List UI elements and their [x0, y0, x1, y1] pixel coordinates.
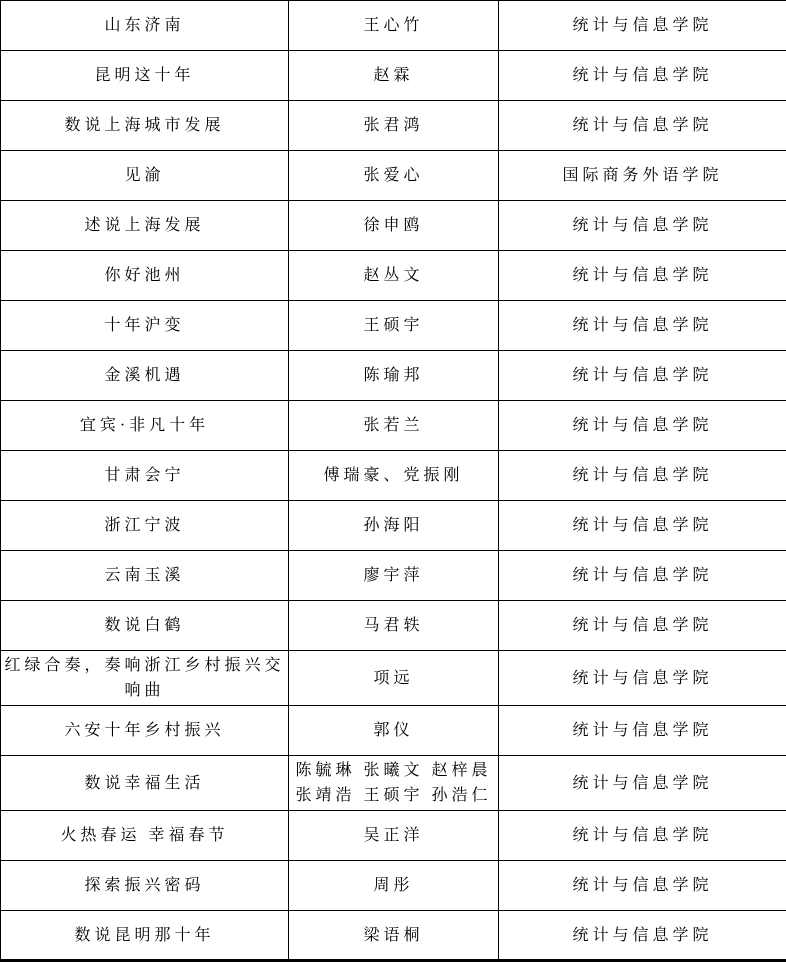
college-cell: 统计与信息学院	[499, 551, 786, 601]
project-title-cell: 述说上海发展	[1, 201, 289, 251]
college-cell: 统计与信息学院	[499, 756, 786, 811]
author-cell: 孙海阳	[289, 501, 499, 551]
awards-table-body: 山东济南王心竹统计与信息学院昆明这十年赵霖统计与信息学院数说上海城市发展张君鸿统…	[1, 1, 786, 961]
project-title-cell: 数说幸福生活	[1, 756, 289, 811]
project-title-cell: 十年沪变	[1, 301, 289, 351]
table-row: 山东济南王心竹统计与信息学院	[1, 1, 786, 51]
author-cell: 郭仪	[289, 706, 499, 756]
table-row: 六安十年乡村振兴郭仪统计与信息学院	[1, 706, 786, 756]
author-cell: 吴正洋	[289, 811, 499, 861]
college-cell: 统计与信息学院	[499, 251, 786, 301]
project-title-cell: 红绿合奏，奏响浙江乡村振兴交响曲	[1, 651, 289, 706]
project-title-cell: 六安十年乡村振兴	[1, 706, 289, 756]
document-page: 山东济南王心竹统计与信息学院昆明这十年赵霖统计与信息学院数说上海城市发展张君鸿统…	[0, 0, 786, 951]
author-cell: 张君鸿	[289, 101, 499, 151]
college-cell: 统计与信息学院	[499, 1, 786, 51]
project-title-cell: 你好池州	[1, 251, 289, 301]
project-title-cell: 甘肃会宁	[1, 451, 289, 501]
project-title-cell: 数说昆明那十年	[1, 911, 289, 961]
college-cell: 统计与信息学院	[499, 811, 786, 861]
college-cell: 统计与信息学院	[499, 601, 786, 651]
table-row: 数说幸福生活陈毓琳 张曦文 赵梓晨 张靖浩 王硕宇 孙浩仁统计与信息学院	[1, 756, 786, 811]
author-cell: 张若兰	[289, 401, 499, 451]
table-row: 见渝张爱心国际商务外语学院	[1, 151, 786, 201]
table-row: 甘肃会宁傅瑞豪、党振刚统计与信息学院	[1, 451, 786, 501]
project-title-cell: 宜宾·非凡十年	[1, 401, 289, 451]
project-title-cell: 金溪机遇	[1, 351, 289, 401]
college-cell: 统计与信息学院	[499, 301, 786, 351]
project-title-cell: 见渝	[1, 151, 289, 201]
college-cell: 统计与信息学院	[499, 201, 786, 251]
project-title-cell: 浙江宁波	[1, 501, 289, 551]
author-cell: 徐申鸥	[289, 201, 499, 251]
table-row: 宜宾·非凡十年张若兰统计与信息学院	[1, 401, 786, 451]
college-cell: 国际商务外语学院	[499, 151, 786, 201]
table-row: 数说白鹤马君轶统计与信息学院	[1, 601, 786, 651]
table-row: 红绿合奏，奏响浙江乡村振兴交响曲项远统计与信息学院	[1, 651, 786, 706]
author-cell: 赵丛文	[289, 251, 499, 301]
college-cell: 统计与信息学院	[499, 706, 786, 756]
college-cell: 统计与信息学院	[499, 51, 786, 101]
college-cell: 统计与信息学院	[499, 101, 786, 151]
author-cell: 马君轶	[289, 601, 499, 651]
project-title-cell: 昆明这十年	[1, 51, 289, 101]
author-cell: 傅瑞豪、党振刚	[289, 451, 499, 501]
author-cell: 王硕宇	[289, 301, 499, 351]
table-row: 探索振兴密码周彤统计与信息学院	[1, 861, 786, 911]
table-row: 浙江宁波孙海阳统计与信息学院	[1, 501, 786, 551]
table-row: 火热春运 幸福春节吴正洋统计与信息学院	[1, 811, 786, 861]
table-row: 数说上海城市发展张君鸿统计与信息学院	[1, 101, 786, 151]
project-title-cell: 山东济南	[1, 1, 289, 51]
author-cell: 王心竹	[289, 1, 499, 51]
author-cell: 周彤	[289, 861, 499, 911]
college-cell: 统计与信息学院	[499, 351, 786, 401]
project-title-cell: 数说上海城市发展	[1, 101, 289, 151]
project-title-cell: 探索振兴密码	[1, 861, 289, 911]
table-row: 述说上海发展徐申鸥统计与信息学院	[1, 201, 786, 251]
author-cell: 廖宇萍	[289, 551, 499, 601]
table-row: 十年沪变王硕宇统计与信息学院	[1, 301, 786, 351]
author-cell: 项远	[289, 651, 499, 706]
author-cell: 张爱心	[289, 151, 499, 201]
college-cell: 统计与信息学院	[499, 401, 786, 451]
table-row: 数说昆明那十年梁语桐统计与信息学院	[1, 911, 786, 961]
college-cell: 统计与信息学院	[499, 451, 786, 501]
college-cell: 统计与信息学院	[499, 501, 786, 551]
college-cell: 统计与信息学院	[499, 861, 786, 911]
table-row: 昆明这十年赵霖统计与信息学院	[1, 51, 786, 101]
author-cell: 赵霖	[289, 51, 499, 101]
author-cell: 陈毓琳 张曦文 赵梓晨 张靖浩 王硕宇 孙浩仁	[289, 756, 499, 811]
author-cell: 梁语桐	[289, 911, 499, 961]
project-title-cell: 云南玉溪	[1, 551, 289, 601]
table-row: 金溪机遇陈瑜邦统计与信息学院	[1, 351, 786, 401]
project-title-cell: 火热春运 幸福春节	[1, 811, 289, 861]
project-title-cell: 数说白鹤	[1, 601, 289, 651]
college-cell: 统计与信息学院	[499, 911, 786, 961]
table-row: 你好池州赵丛文统计与信息学院	[1, 251, 786, 301]
author-cell: 陈瑜邦	[289, 351, 499, 401]
awards-table: 山东济南王心竹统计与信息学院昆明这十年赵霖统计与信息学院数说上海城市发展张君鸿统…	[0, 0, 786, 962]
college-cell: 统计与信息学院	[499, 651, 786, 706]
table-row: 云南玉溪廖宇萍统计与信息学院	[1, 551, 786, 601]
